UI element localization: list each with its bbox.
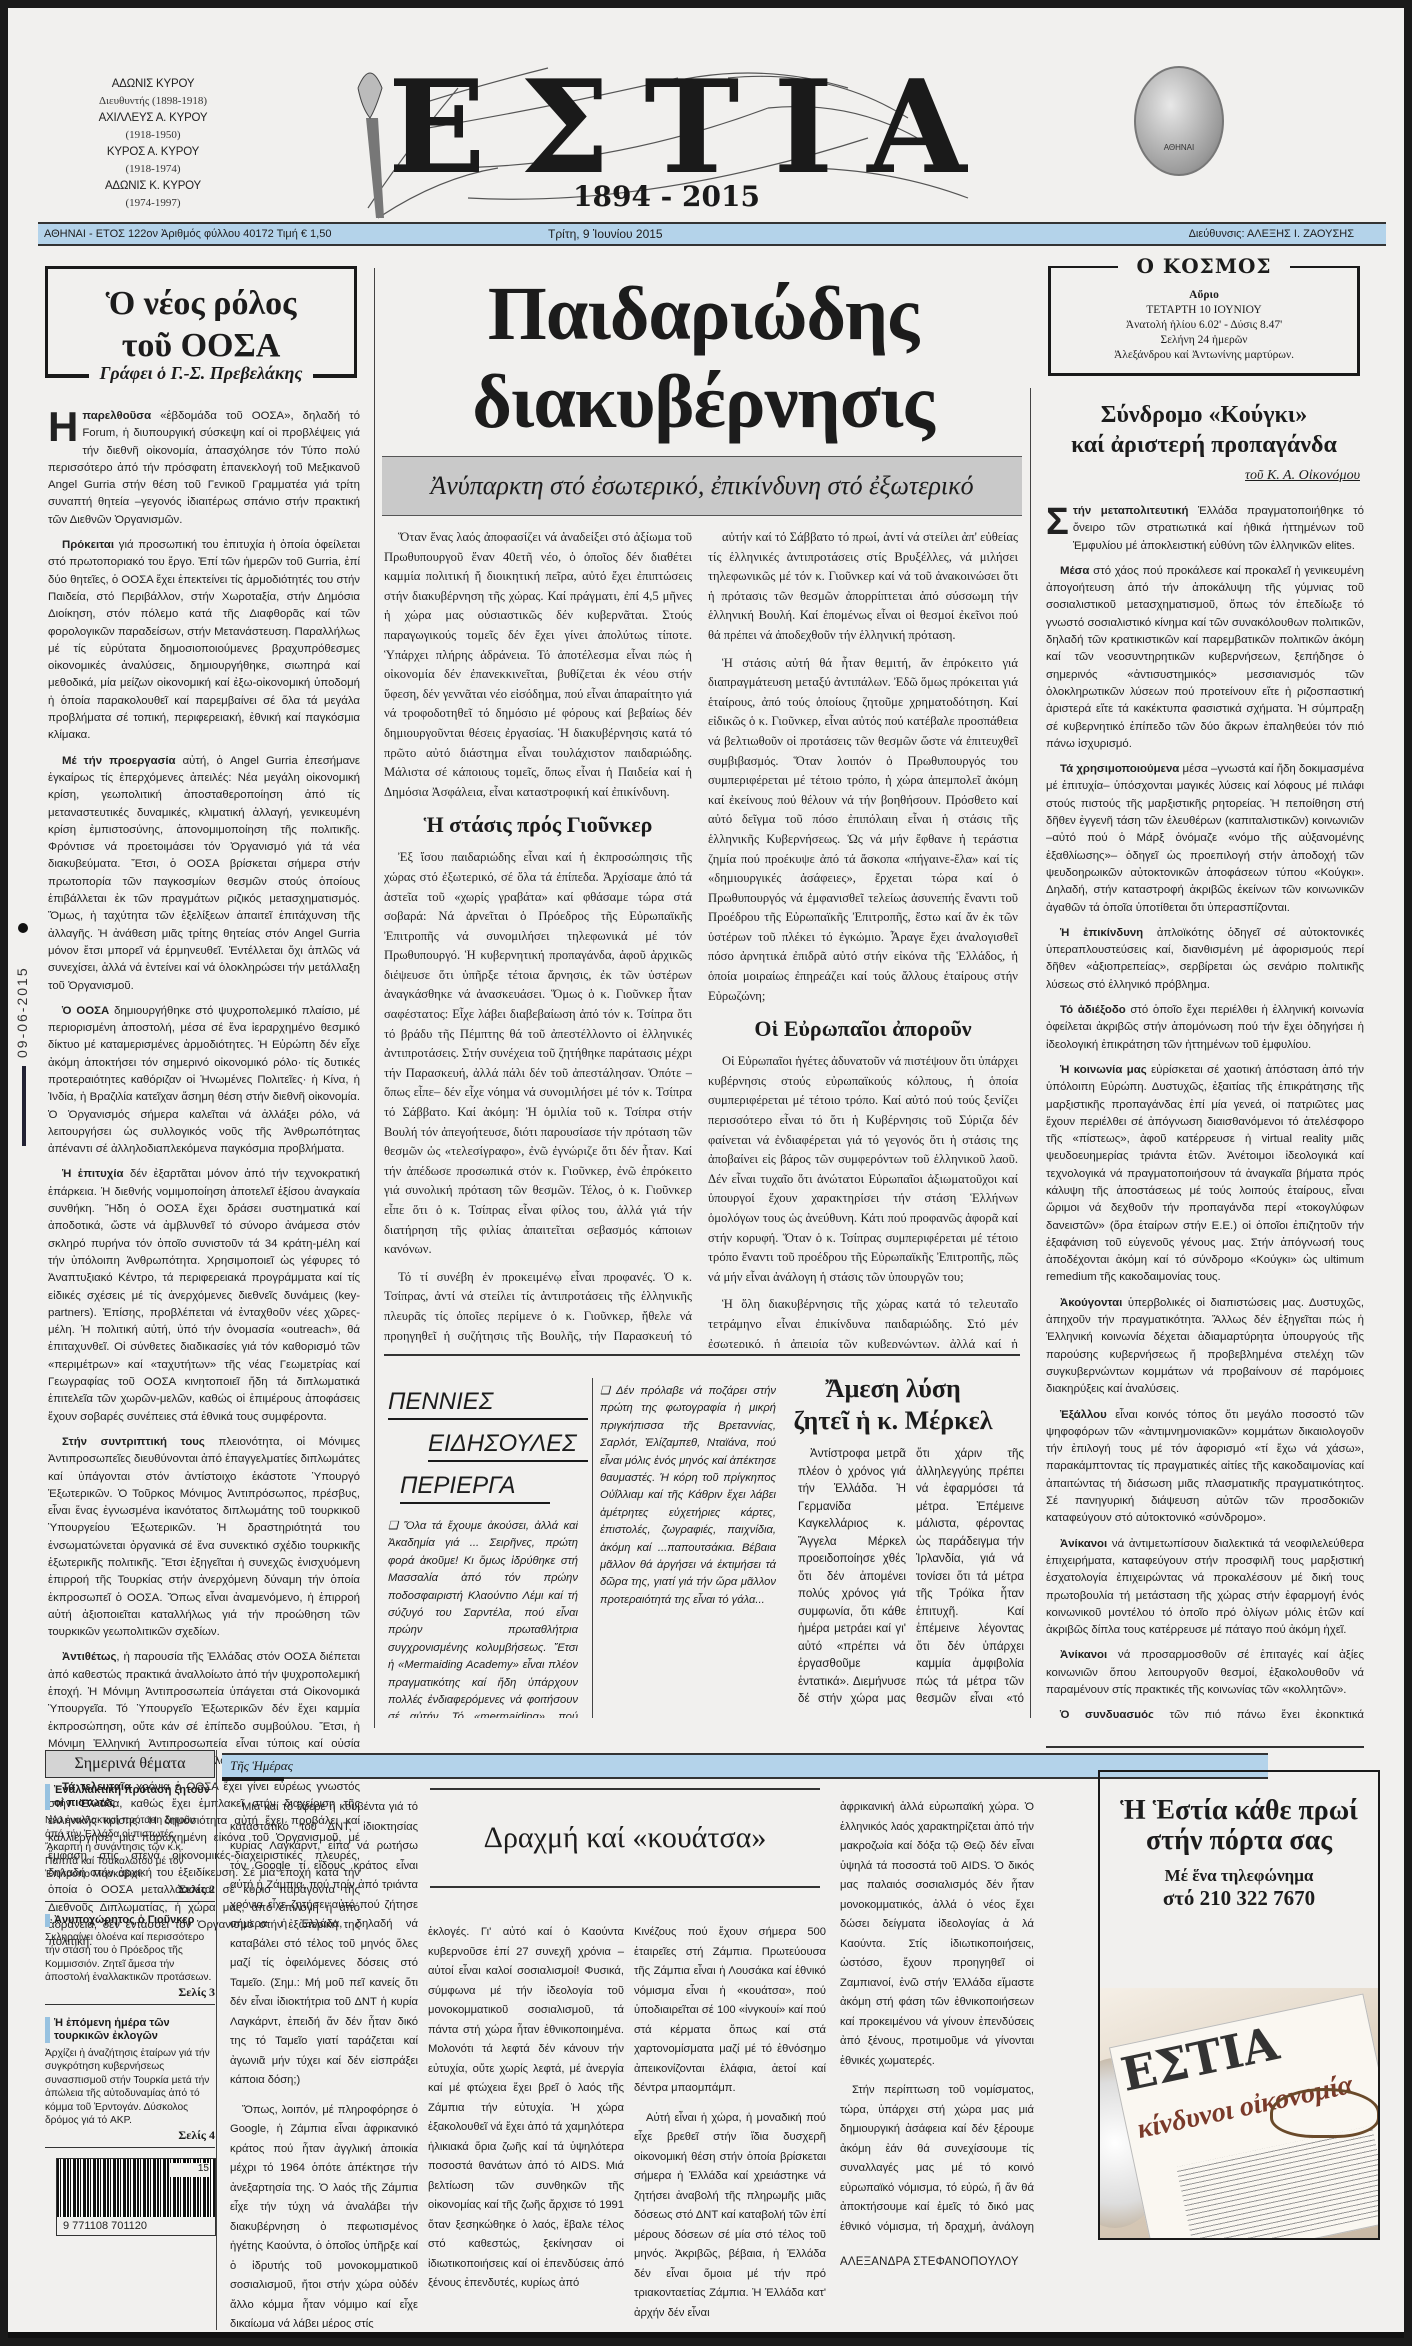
left-article-byline: Γράφει ὁ Γ.-Σ. Πρεβελάκης — [45, 363, 357, 384]
topic-item[interactable]: Ἐναλλακτική πρόταση ζητοῦν οἱ πιστωτές Ν… — [45, 1784, 215, 1902]
info-bar: ΑΘΗΝΑΙ - ΕΤΟΣ 122ον Ἀριθμός φύλλου 40172… — [38, 222, 1386, 246]
pennies-item: ❑ Δέν πρόλαβε νά ποζάρει στήν πρώτη της … — [600, 1383, 776, 1718]
pennies-item: ❑ Ὅλα τά ἔχουμε ἀκούσει, ἀλλά καί Ἀκαδημ… — [388, 1518, 578, 1718]
logo-years: 1894 - 2015 — [573, 180, 760, 213]
dropcap: Η — [48, 410, 78, 444]
right-article-title: Σύνδρομο «Κούγκι» καί ἀριστερή προπαγάνδ… — [1048, 400, 1360, 460]
todays-topics: Σημερινά θέματα Ἐναλλακτική πρόταση ζητο… — [45, 1750, 215, 2160]
glasses-icon — [1270, 2088, 1378, 2138]
tis-imeras-col3: Κινέζους πού ἔχουν σήμερα 500 ἑταιρεῖες … — [634, 1923, 826, 2323]
tis-imeras-col1: Μιά καί τό ἔφερε ἡ κουβέντα γιά τό κατασ… — [230, 1798, 418, 2328]
column-divider — [592, 1378, 593, 1718]
newspaper-front-page: ΑΔΩΝΙΣ ΚΥΡΟΥΔιευθυντής (1898-1918) ΑΧΙΛΛ… — [8, 8, 1404, 2338]
pennies-title: ΠΕΝΝΙΕΣ ΕΙΔΗΣΟΥΛΕΣ ΠΕΡΙΕΡΓΑ — [388, 1388, 588, 1514]
phone-number[interactable]: στό 210 322 7670 — [1100, 1886, 1378, 1911]
newspaper-photo: ΕΣΤΙΑ κίνδυνοι οἰκονομία — [1100, 1988, 1378, 2238]
page-ref: Σελίς 4 — [45, 2128, 215, 2143]
issue-info: ΑΘΗΝΑΙ - ΕΤΟΣ 122ον Ἀριθμός φύλλου 40172… — [44, 224, 331, 244]
side-bar-mark — [22, 1066, 26, 1146]
director-info: Διεύθυνσις: ΑΛΕΞΗΣ Ι. ΖΑΟΥΣΗΣ — [1189, 224, 1354, 244]
lead-article-col1: Ὅταν ἕνας λαός ἀποφασίζει νά ἀναδείξει σ… — [384, 528, 692, 1348]
tis-imeras-col4: ἀφρικανική ἀλλά εὐρωπαϊκή χώρα. Ὁ ἑλληνι… — [840, 1798, 1034, 2238]
kosmos-box: Αὔριο ΤΕΤΑΡΤΗ 10 ΙΟΥΝΙΟΥ Ἀνατολή ἡλίου 6… — [1048, 266, 1360, 376]
founders-list: ΑΔΩΝΙΣ ΚΥΡΟΥΔιευθυντής (1898-1918) ΑΧΙΛΛ… — [98, 76, 208, 212]
page-bottom-edge — [8, 2332, 1404, 2338]
left-article-title: Ὁ νέος ρόλος τοῦ ΟΟΣΑ — [45, 266, 357, 378]
barcode-icon: 15 9 771108 701120 — [56, 2158, 216, 2236]
kosmos-title: Ο ΚΟΣΜΟΣ — [1118, 254, 1290, 278]
column-divider — [374, 268, 375, 1728]
topic-item[interactable]: Ἡ ἐπόμενη ἡμέρα τῶν τουρκικῶν ἐκλογῶν Ἀρ… — [45, 2017, 215, 2148]
subscription-advert[interactable]: Ἡ Ἑστία κάθε πρωί στήν πόρτα σας Μέ ἕνα … — [1098, 1770, 1380, 2240]
section-heading: Οἱ Εὐρωπαῖοι ἀποροῦν — [708, 1016, 1018, 1042]
topic-item[interactable]: Ἀνυποχώρητος ὁ Γιοῦνκερ Σκληραίνει ὁλοέν… — [45, 1914, 215, 2005]
right-article-byline: τοῦ Κ. Α. Οἰκονόμου — [1048, 468, 1360, 484]
column-divider — [216, 1750, 217, 2330]
tis-imeras-author: ΑΛΕΞΑΝΔΡΑ ΣΤΕΦΑΝΟΠΟΥΛΟΥ — [840, 2256, 1060, 2268]
lead-subheadline: Ἀνύπαρκτη στό ἐσωτερικό, ἐπικίνδυνη στό … — [382, 456, 1022, 516]
logo-wordmark: ΕΣΤΙΑ — [388, 58, 1001, 198]
merkel-body: Ἀντίστροφα μετρᾶ πλέον ὁ χρόνος γιά τήν … — [798, 1445, 1024, 1720]
tis-imeras-title: Δραχμή καί «κουάτσα» — [430, 1788, 820, 1888]
section-rule — [384, 1354, 1020, 1356]
page-ref: Σελίς 2 — [45, 1882, 215, 1897]
lead-headline: Παιδαριώδης διακυβέρνησις — [388, 270, 1018, 446]
issue-date: Τρίτη, 9 Ἰουνίου 2015 — [548, 224, 663, 244]
label-tab — [222, 1777, 284, 1781]
founder: ΑΔΩΝΙΣ ΚΥΡΟΥΔιευθυντής (1898-1918) — [98, 76, 208, 110]
coin-emblem-icon: ΑΘΗΝΑΙ — [1134, 66, 1224, 176]
merkel-headline: Ἄμεση λύση ζητεῖ ἡ κ. Μέρκελ — [768, 1373, 1018, 1437]
bullet-dot-icon — [18, 923, 28, 933]
section-heading: Ἡ στάσις πρός Γιοῦνκερ — [384, 812, 692, 838]
founder: ΑΧΙΛΛΕΥΣ Α. ΚΥΡΟΥ(1918-1950) — [98, 110, 208, 144]
founder: ΚΥΡΟΣ Α. ΚΥΡΟΥ(1918-1974) — [98, 144, 208, 178]
section-rule — [1046, 1746, 1364, 1748]
page-ref: Σελίς 3 — [45, 1985, 215, 2000]
dropcap: Σ — [1046, 505, 1069, 539]
lead-article-col2: αὐτήν καί τό Σάββατο τό πρωί, ἀντί νά στ… — [708, 528, 1018, 1348]
masthead-logo: ΕΣΤΙΑ 1894 - 2015 — [348, 48, 1068, 228]
right-article-body: Στήν μεταπολιτευτική Ἑλλάδα πραγματοποιή… — [1046, 503, 1364, 1718]
side-date: 09-06-2015 — [14, 938, 34, 1058]
todays-topics-header: Σημερινά θέματα — [45, 1750, 215, 1778]
founder: ΑΔΩΝΙΣ Κ. ΚΥΡΟΥ(1974-1997) — [98, 178, 208, 212]
left-article-body: Ηπαρελθοῦσα «ἑβδομάδα τοῦ ΟΟΣΑ», δηλαδή … — [48, 408, 360, 1960]
tis-imeras-col2: ἐκλογές. Γι' αὐτό καί ὁ Καούντα κυβερνοῦ… — [428, 1923, 624, 2323]
column-divider — [1030, 388, 1031, 1718]
